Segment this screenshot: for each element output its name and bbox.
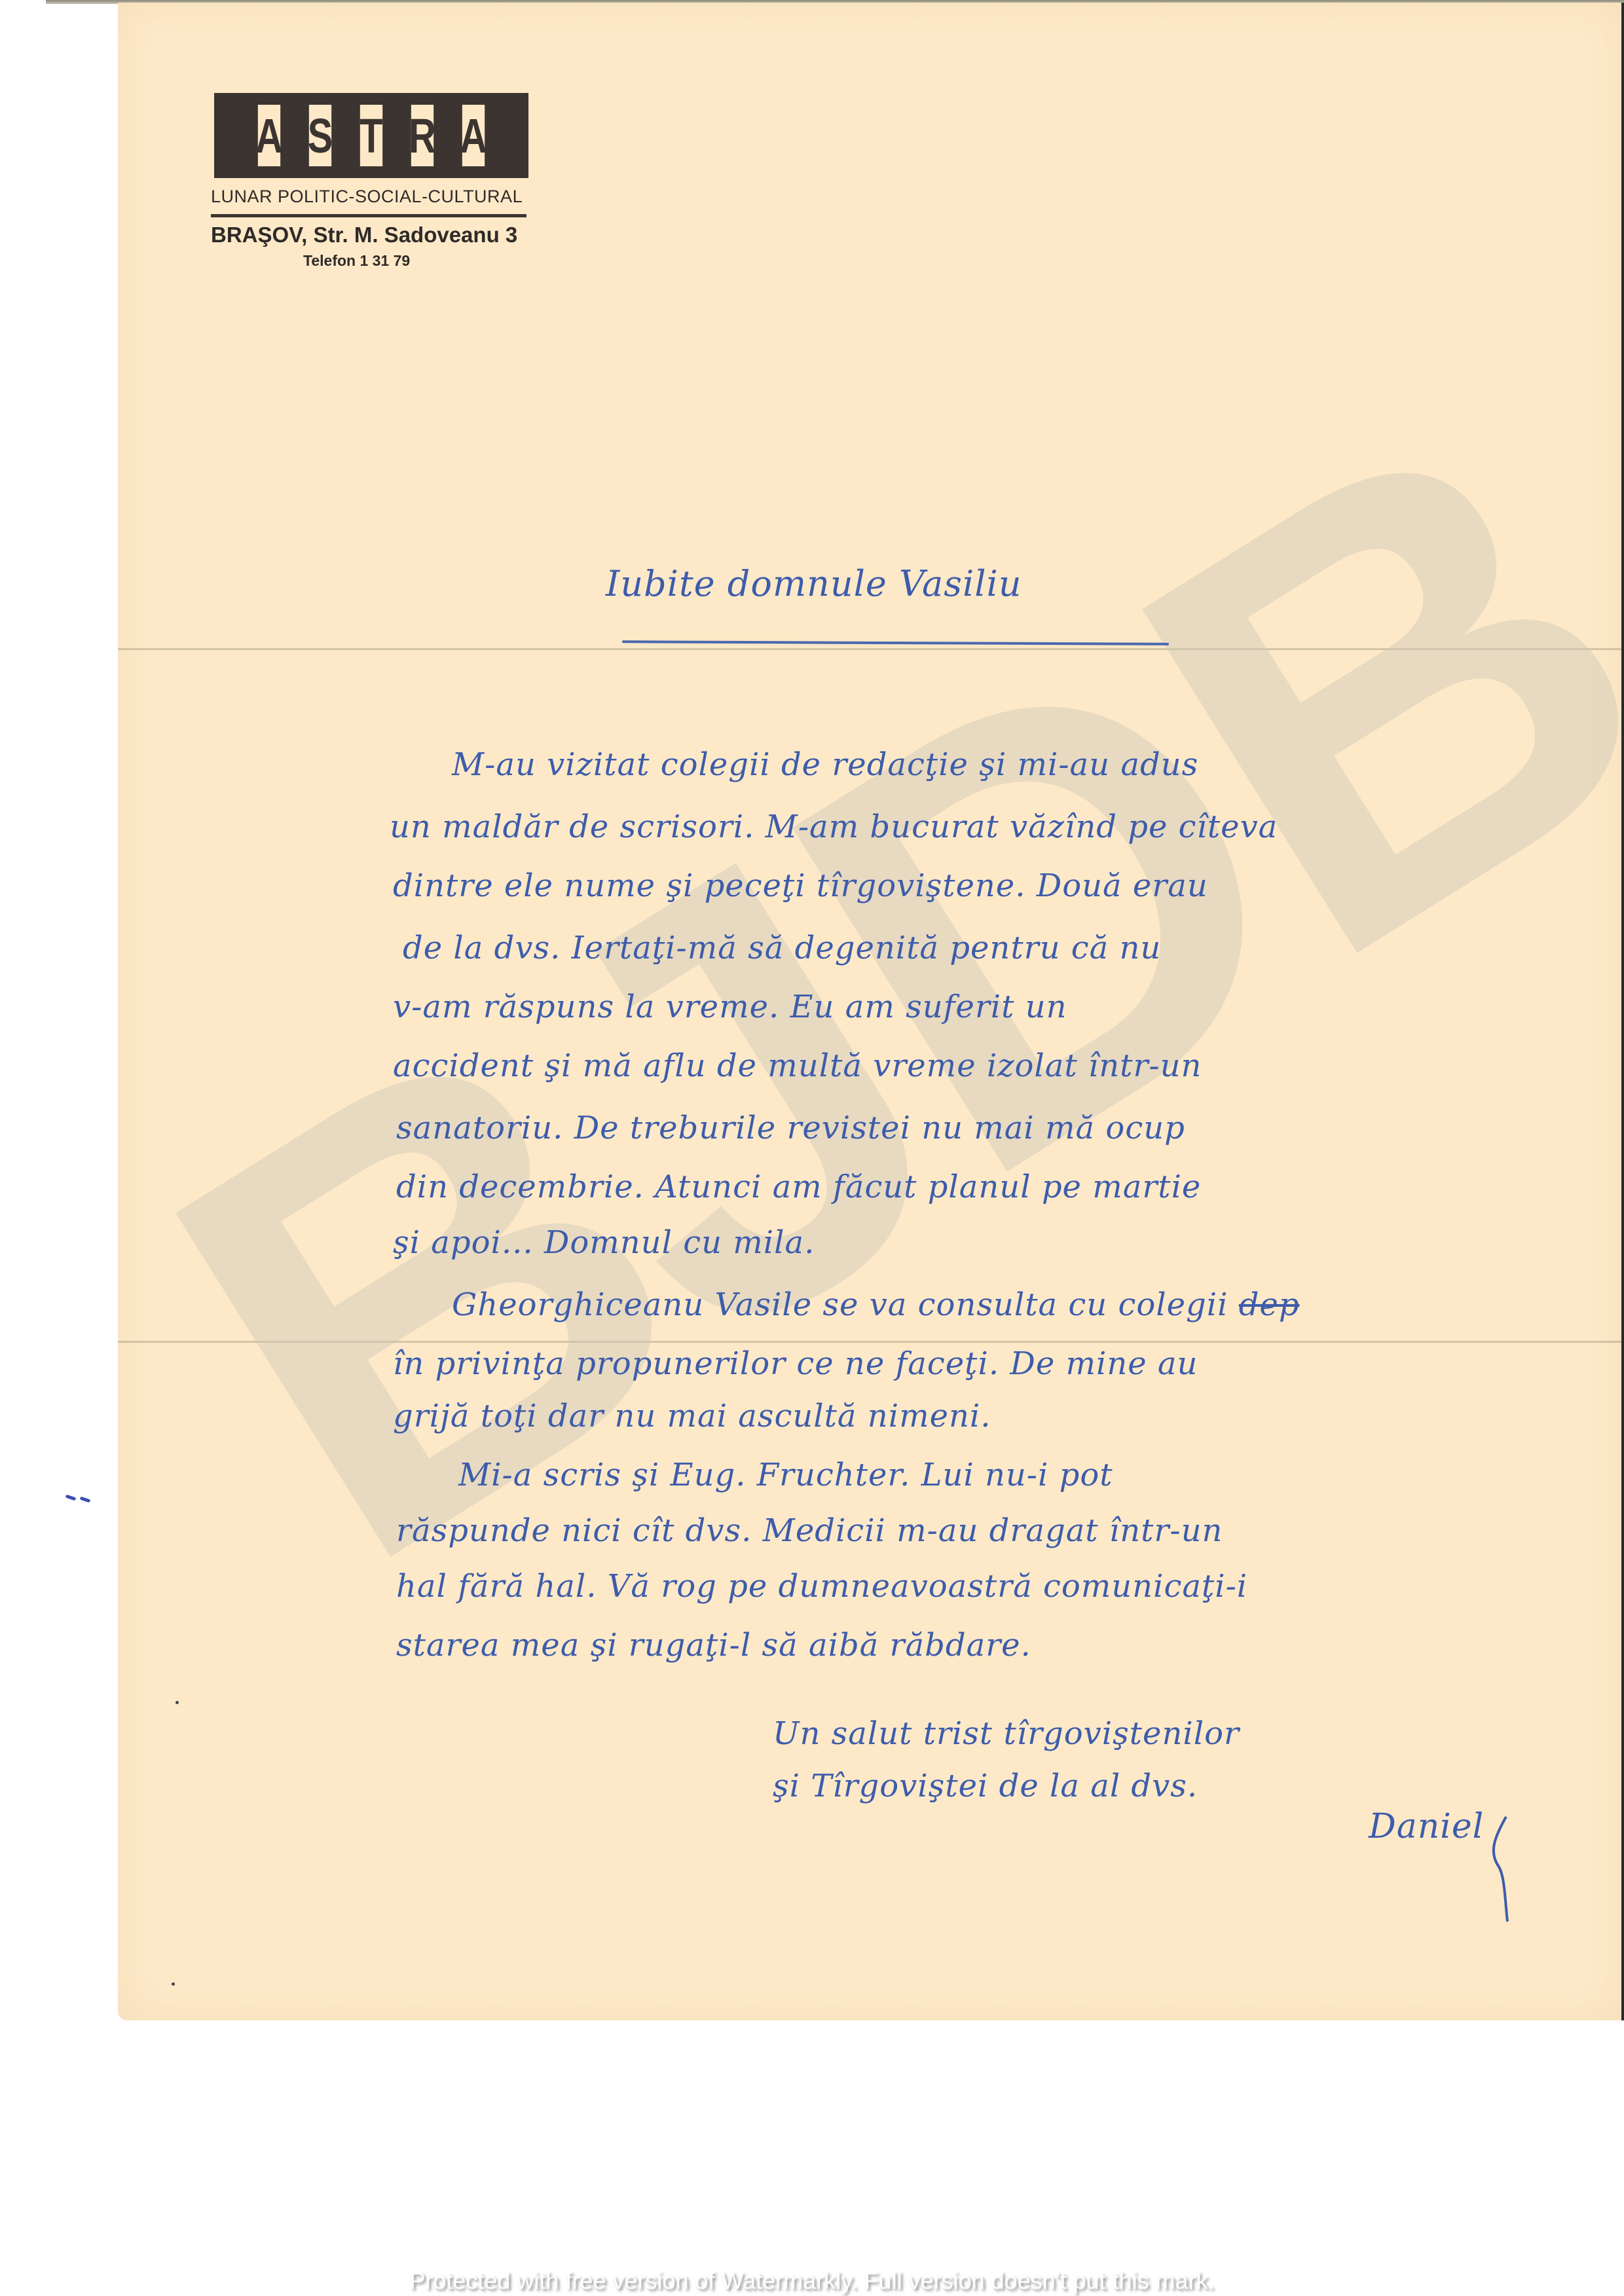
- signature-flourish: [1486, 1813, 1513, 1925]
- body-line: v-am răspuns la vreme. Eu am suferit un: [393, 989, 1067, 1025]
- letterhead-address: BRAŞOV, Str. M. Sadoveanu 3: [211, 223, 532, 247]
- body-line: starea mea şi rugaţi-l să aibă răbdare.: [396, 1627, 1031, 1664]
- paper-speck: [175, 1701, 179, 1704]
- body-line: M-au vizitat colegii de redacţie şi mi-a…: [452, 746, 1198, 783]
- body-line: sanatoriu. De treburile revistei nu mai …: [396, 1110, 1185, 1146]
- ink-mark: [65, 1495, 77, 1501]
- struck-word: dep: [1239, 1286, 1300, 1323]
- body-line: răspunde nici cît dvs. Medicii m-au drag…: [396, 1512, 1223, 1549]
- footer-watermark-text: Protected with free version of Watermark…: [0, 2267, 1624, 2295]
- closing-line: şi Tîrgoviştei de la al dvs.: [773, 1768, 1198, 1804]
- closing-line: Un salut trist tîrgoviştenilor: [773, 1715, 1240, 1752]
- paper-speck: [172, 1982, 175, 1986]
- body-line: în privinţa propunerilor ce ne faceţi. D…: [393, 1345, 1198, 1382]
- letterhead-rule: [211, 214, 526, 217]
- astra-logo: A S T R A: [214, 93, 528, 178]
- logo-letter: S: [309, 105, 331, 166]
- fold-line-lower: [118, 1341, 1621, 1343]
- body-line: un maldăr de scrisori. M-am bucurat văzî…: [390, 809, 1278, 845]
- logo-letter: A: [462, 105, 485, 166]
- body-line: dintre ele nume şi peceţi tîrgoviştene. …: [393, 867, 1208, 904]
- body-line: Gheorghiceanu Vasile se va consulta cu c…: [452, 1286, 1300, 1323]
- body-line: accident şi mă aflu de multă vreme izola…: [393, 1048, 1202, 1084]
- logo-letter: T: [360, 105, 382, 166]
- ink-mark: [80, 1497, 91, 1503]
- body-line: hal fără hal. Vă rog pe dumneavoastră co…: [396, 1568, 1247, 1605]
- signature: Daniel: [1369, 1807, 1484, 1846]
- body-line: şi apoi... Domnul cu mila.: [393, 1224, 815, 1261]
- salutation: Iubite domnule Vasiliu: [606, 563, 1022, 604]
- fold-line-upper: [118, 648, 1621, 650]
- body-line: de la dvs. Iertaţi-mă să degenită pentru…: [403, 930, 1161, 966]
- logo-letter: A: [258, 105, 280, 166]
- letterhead-tagline: LUNAR POLITIC-SOCIAL-CULTURAL: [211, 187, 532, 207]
- body-line: din decembrie. Atunci am făcut planul pe…: [396, 1169, 1201, 1205]
- logo-letter: R: [411, 105, 434, 166]
- letterhead-phone: Telefon 1 31 79: [303, 252, 410, 270]
- body-line: Mi-a scris şi Eug. Fruchter. Lui nu-i po…: [458, 1457, 1113, 1493]
- body-line-text: Gheorghiceanu Vasile se va consulta cu c…: [452, 1286, 1228, 1323]
- body-line: grijă toţi dar nu mai ascultă nimeni.: [393, 1398, 991, 1434]
